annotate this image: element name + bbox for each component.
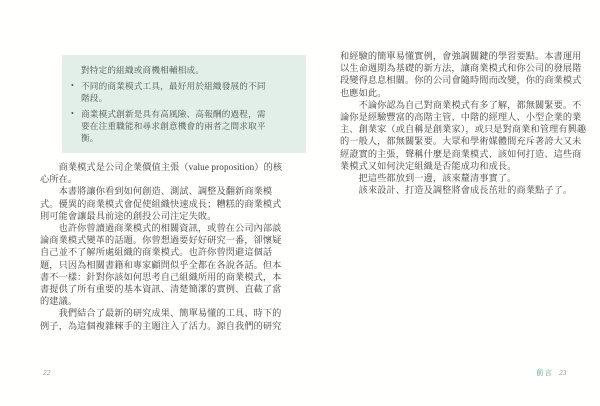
text-line: 和經驗的簡單易懂實例，會強調關鍵的學習要點。本書運用 xyxy=(340,50,564,62)
right-page-body-text: 和經驗的簡單易懂實例，會強調關鍵的學習要點。本書運用以生命週期為基礎的新方法，讓… xyxy=(340,50,564,196)
text-line: 商業模式創新是具有高風險、高報酬的過程，需 xyxy=(81,108,296,120)
text-line: 自己並不了解所處組織的商業模式。也許你曾閃避這個話 xyxy=(40,246,306,258)
text-line: 的建議。 xyxy=(40,295,306,307)
text-line: 主、創業家（或自稱是創業家），或只是對商業和管理有興趣 xyxy=(340,123,564,135)
text-line: 不論你認為自己對商業模式有多了解，都無關緊要。不 xyxy=(340,99,564,111)
text-line: 對特定的組織或商機相輔相成。 xyxy=(81,64,296,76)
text-line: 也許你曾讀過商業模式的相關資訊，或曾在公司內部談 xyxy=(40,222,306,234)
summary-bullet-text: 不同的商業模式工具，最好用於組織發展的不同階段。 xyxy=(81,80,296,104)
text-line: 以生命週期為基礎的新方法，讓商業模式和你公司的發展階 xyxy=(340,62,564,74)
right-page-footer: 前言 23 xyxy=(536,367,567,378)
text-line: 題，只因為相關書籍和專家顧問似乎全都在各說各話。但本 xyxy=(40,259,306,271)
text-line: 論商業模式變革的話題。你曾想過要好好研究一番，卻懷疑 xyxy=(40,234,306,246)
text-line: 書不一樣：針對你該如何思考自己組織所用的商業模式，本 xyxy=(40,271,306,283)
summary-bullet-text: 商業模式創新是具有高風險、高報酬的過程，需要在注重職能和尋求創意機會的兩者之間求… xyxy=(81,108,296,144)
text-line: 論你是經驗豐富的高階主管、中階的經理人、小型企業的業 xyxy=(340,111,564,123)
summary-intro-continuation: 對特定的組織或商機相輔相成。 xyxy=(71,64,296,76)
text-line: 階段。 xyxy=(81,92,296,104)
text-line: 書提供了所有重要的基本資訊、清楚簡潔的實例、直截了當 xyxy=(40,283,306,295)
text-line: 心所在。 xyxy=(40,173,306,185)
text-line: 段變得息息相關。你的公司會隨時間而改變，你的商業模式 xyxy=(340,74,564,86)
text-line: 則可能會讓最具前途的創投公司注定失敗。 xyxy=(40,210,306,222)
text-line: 商業模式是公司企業價值主張（value proposition）的核 xyxy=(40,161,306,173)
text-line: 要在注重職能和尋求創意機會的兩者之間求取平 xyxy=(81,120,296,132)
text-line: 把這些都放到一邊，該來釐清事實了。 xyxy=(340,172,564,184)
summary-bullet-item: • 商業模式創新是具有高風險、高報酬的過程，需要在注重職能和尋求創意機會的兩者之… xyxy=(71,108,296,144)
text-line: 式。優異的商業模式會促使組織快速成長；糟糕的商業模式 xyxy=(40,198,306,210)
text-line: 不同的商業模式工具，最好用於組織發展的不同 xyxy=(81,80,296,92)
left-page-number: 22 xyxy=(43,368,51,377)
section-label: 前言 xyxy=(536,367,553,378)
book-spread: 對特定的組織或商機相輔相成。 • 不同的商業模式工具，最好用於組織發展的不同階段… xyxy=(0,0,600,406)
text-line: 業模式又如何決定組織是否能成功和成長。 xyxy=(340,160,564,172)
summary-box: 對特定的組織或商機相輔相成。 • 不同的商業模式工具，最好用於組織發展的不同階段… xyxy=(62,55,306,153)
bullet-dot-icon: • xyxy=(71,80,81,104)
bullet-dot-icon: • xyxy=(71,108,81,144)
text-line: 本書將讓你看到如何創造、測試、調整及翻新商業模 xyxy=(40,185,306,197)
text-line: 也應如此。 xyxy=(340,87,564,99)
text-line: 我們結合了最新的研究成果、簡單易懂的工具、時下的 xyxy=(40,307,306,319)
text-line: 該來設計、打造及調整將會成長茁壯的商業點子了。 xyxy=(340,184,564,196)
summary-bullet-item: • 不同的商業模式工具，最好用於組織發展的不同階段。 xyxy=(71,80,296,104)
text-line: 衡。 xyxy=(81,132,296,144)
text-line: 例子，為這個複雜棘手的主題注入了活力。源自我們的研究 xyxy=(40,320,306,332)
text-line: 的一般人，都無關緊要。大眾和學術媒體間充斥著誇大又未 xyxy=(340,135,564,147)
text-line: 經證實的主張，聲稱什麼是商業模式、該如何打造、這些商 xyxy=(340,148,564,160)
left-page-body-text: 商業模式是公司企業價值主張（value proposition）的核心所在。 本… xyxy=(40,161,306,332)
right-page-number: 23 xyxy=(559,368,567,377)
